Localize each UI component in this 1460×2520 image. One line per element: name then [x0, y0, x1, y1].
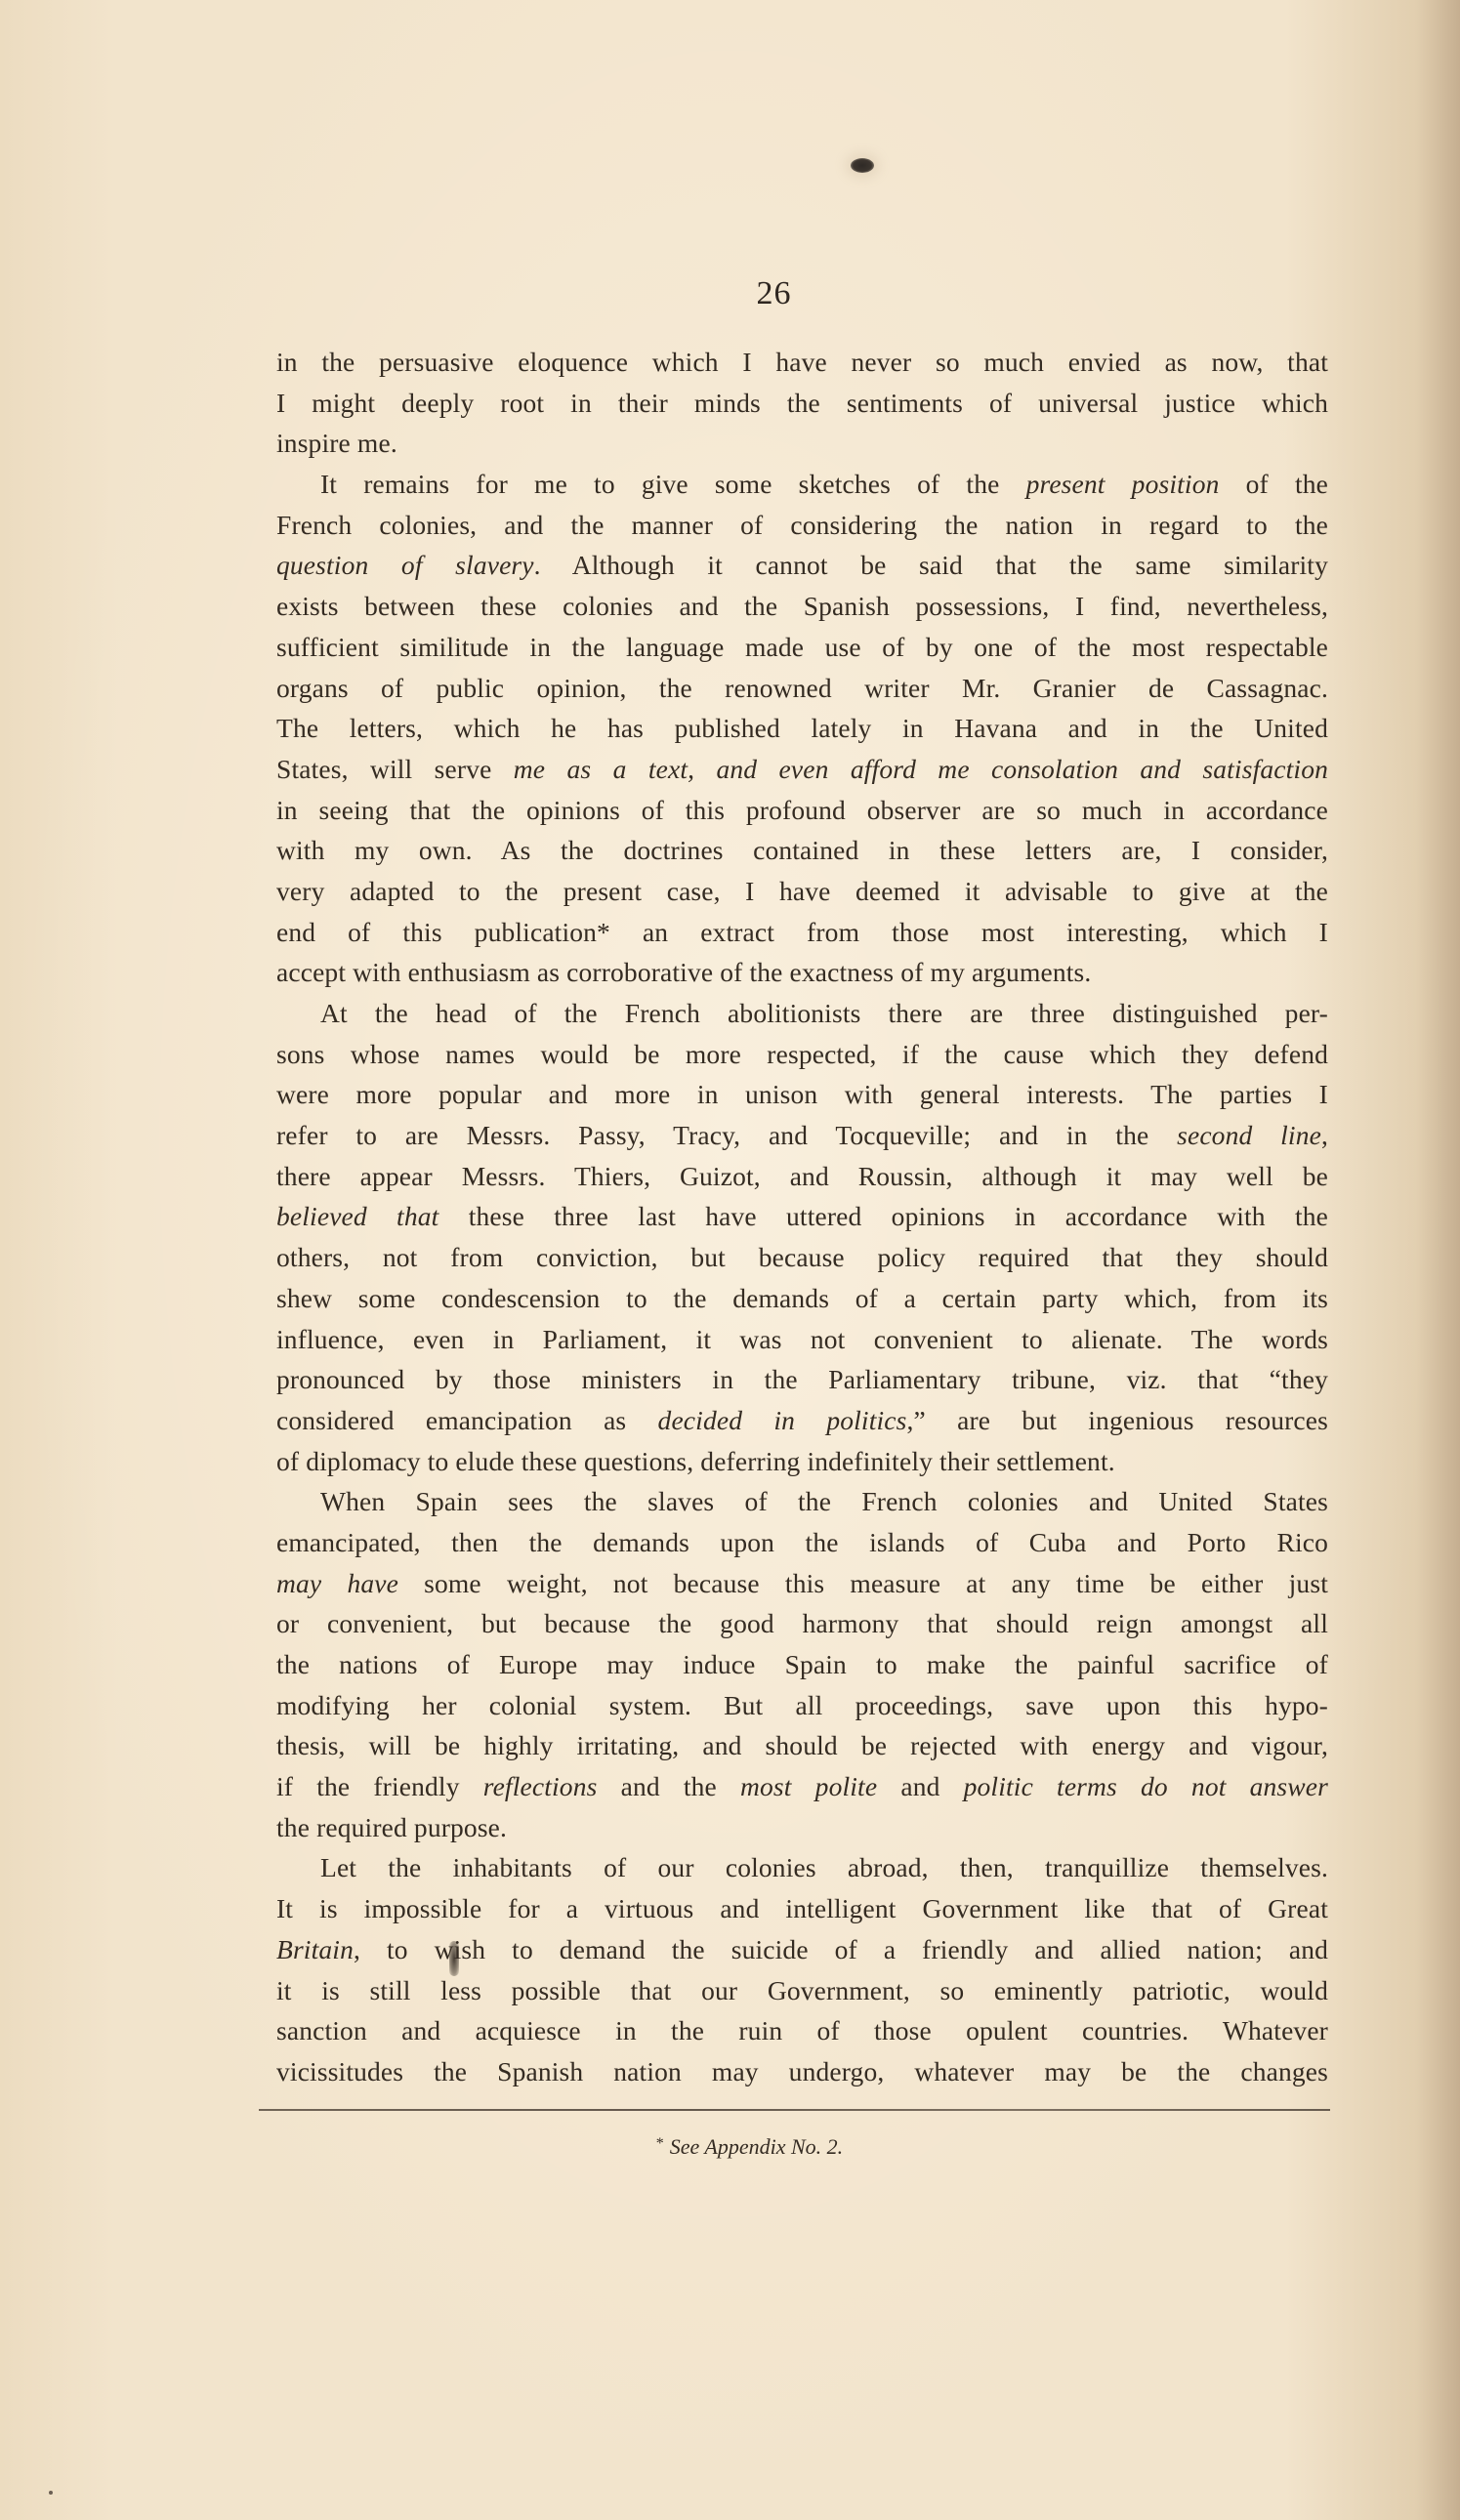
text-line: French colonies, and the manner of consi… [276, 505, 1328, 546]
text-line: vicissitudes the Spanish nation may unde… [276, 2051, 1328, 2092]
text-line-content: exists between these colonies and the Sp… [276, 586, 1328, 627]
text-line: exists between these colonies and the Sp… [276, 586, 1328, 627]
text-line-content: in seeing that the opinions of this prof… [276, 790, 1328, 831]
text-line: I might deeply root in their minds the s… [276, 383, 1328, 424]
text-line: sufficient similitude in the language ma… [276, 627, 1328, 668]
text-line: inspire me. [276, 423, 1328, 464]
text-line-content: there appear Messrs. Thiers, Guizot, and… [276, 1156, 1328, 1197]
text-line-content: pronounced by those ministers in the Par… [276, 1359, 1328, 1400]
text-line-content: It is impossible for a virtuous and inte… [276, 1888, 1328, 1929]
footnote: *See Appendix No. 2. [0, 2134, 1460, 2160]
text-line-content: sanction and acquiesce in the ruin of th… [276, 2010, 1328, 2051]
text-line-content: At the head of the French abolitionists … [320, 993, 1328, 1034]
text-line: others, not from conviction, but because… [276, 1237, 1328, 1278]
text-line-content: shew some condescension to the demands o… [276, 1278, 1328, 1319]
text-line: thesis, will be highly irritating, and s… [276, 1725, 1328, 1766]
text-line: The letters, which he has published late… [276, 708, 1328, 749]
text-line: the required purpose. [276, 1807, 1328, 1848]
body-text: in the persuasive eloquence which I have… [276, 342, 1328, 2092]
text-line: in the persuasive eloquence which I have… [276, 342, 1328, 383]
text-line: if the friendly reflections and the most… [276, 1766, 1328, 1807]
text-line: accept with enthusiasm as corroborative … [276, 952, 1328, 993]
text-line-content: others, not from conviction, but because… [276, 1237, 1328, 1278]
text-line: sons whose names would be more respected… [276, 1034, 1328, 1075]
text-line-content: if the friendly reflections and the most… [276, 1766, 1328, 1807]
text-line-content: end of this publication* an extract from… [276, 912, 1328, 953]
text-line-content: considered emancipation as decided in po… [276, 1400, 1328, 1441]
text-line: believed that these three last have utte… [276, 1196, 1328, 1237]
text-line: shew some condescension to the demands o… [276, 1278, 1328, 1319]
text-line-content: influence, even in Parliament, it was no… [276, 1319, 1328, 1360]
text-line-content: It remains for me to give some sketches … [320, 464, 1328, 505]
text-line-content: in the persuasive eloquence which I have… [276, 342, 1328, 383]
speck-blemish [49, 2491, 53, 2495]
text-line-content: I might deeply root in their minds the s… [276, 383, 1328, 424]
text-line: the nations of Europe may induce Spain t… [276, 1644, 1328, 1685]
text-line: very adapted to the present case, I have… [276, 871, 1328, 912]
text-line: with my own. As the doctrines contained … [276, 830, 1328, 871]
page-number: 26 [0, 275, 1460, 312]
text-line-content: the required purpose. [276, 1807, 1328, 1848]
text-line-content: with my own. As the doctrines contained … [276, 830, 1328, 871]
footnote-marker: * [656, 2135, 664, 2152]
text-line: It is impossible for a virtuous and inte… [276, 1888, 1328, 1929]
text-line-content: accept with enthusiasm as corroborative … [276, 952, 1328, 993]
footnote-text: See Appendix No. 2. [670, 2134, 843, 2159]
text-line-content: very adapted to the present case, I have… [276, 871, 1328, 912]
text-line-content: of diplomacy to elude these questions, d… [276, 1441, 1328, 1482]
text-line: Let the inhabitants of our colonies abro… [276, 1847, 1328, 1888]
text-line: refer to are Messrs. Passy, Tracy, and T… [276, 1115, 1328, 1156]
text-line: considered emancipation as decided in po… [276, 1400, 1328, 1441]
text-line: organs of public opinion, the renowned w… [276, 668, 1328, 709]
text-line: At the head of the French abolitionists … [276, 993, 1328, 1034]
text-line: Britain, to wish to demand the suicide o… [276, 1929, 1328, 1970]
text-line-content: modifying her colonial system. But all p… [276, 1685, 1328, 1726]
text-line: end of this publication* an extract from… [276, 912, 1328, 953]
text-line-content: French colonies, and the manner of consi… [276, 505, 1328, 546]
text-line-content: organs of public opinion, the renowned w… [276, 668, 1328, 709]
text-line-content: The letters, which he has published late… [276, 708, 1328, 749]
text-line: or convenient, but because the good harm… [276, 1603, 1328, 1644]
text-line: it is still less possible that our Gover… [276, 1970, 1328, 2011]
text-line-content: vicissitudes the Spanish nation may unde… [276, 2051, 1328, 2092]
text-line-content: inspire me. [276, 423, 1328, 464]
text-line: sanction and acquiesce in the ruin of th… [276, 2010, 1328, 2051]
text-line-content: States, will serve me as a text, and eve… [276, 749, 1328, 790]
text-line: there appear Messrs. Thiers, Guizot, and… [276, 1156, 1328, 1197]
text-line-content: When Spain sees the slaves of the French… [320, 1481, 1328, 1522]
text-line-content: Let the inhabitants of our colonies abro… [320, 1847, 1328, 1888]
text-line-content: or convenient, but because the good harm… [276, 1603, 1328, 1644]
text-line-content: refer to are Messrs. Passy, Tracy, and T… [276, 1115, 1328, 1156]
text-line-content: emancipated, then the demands upon the i… [276, 1522, 1328, 1563]
text-line: influence, even in Parliament, it was no… [276, 1319, 1328, 1360]
text-line-content: Britain, to wish to demand the suicide o… [276, 1929, 1328, 1970]
text-line-content: believed that these three last have utte… [276, 1196, 1328, 1237]
text-line: modifying her colonial system. But all p… [276, 1685, 1328, 1726]
text-line-content: it is still less possible that our Gover… [276, 1970, 1328, 2011]
text-line: When Spain sees the slaves of the French… [276, 1481, 1328, 1522]
text-line-content: were more popular and more in unison wit… [276, 1074, 1328, 1115]
text-line: emancipated, then the demands upon the i… [276, 1522, 1328, 1563]
text-line: in seeing that the opinions of this prof… [276, 790, 1328, 831]
text-line-content: sufficient similitude in the language ma… [276, 627, 1328, 668]
text-line: pronounced by those ministers in the Par… [276, 1359, 1328, 1400]
text-line: may have some weight, not because this m… [276, 1563, 1328, 1604]
text-line-content: may have some weight, not because this m… [276, 1563, 1328, 1604]
text-line-content: thesis, will be highly irritating, and s… [276, 1725, 1328, 1766]
scanned-page: 26 in the persuasive eloquence which I h… [0, 0, 1460, 2520]
text-line: It remains for me to give some sketches … [276, 464, 1328, 505]
footnote-divider [259, 2109, 1330, 2111]
text-line: were more popular and more in unison wit… [276, 1074, 1328, 1115]
text-line: of diplomacy to elude these questions, d… [276, 1441, 1328, 1482]
ink-spot-blemish [851, 158, 874, 173]
text-line: question of slavery. Although it cannot … [276, 545, 1328, 586]
text-line-content: the nations of Europe may induce Spain t… [276, 1644, 1328, 1685]
text-line: States, will serve me as a text, and eve… [276, 749, 1328, 790]
text-line-content: sons whose names would be more respected… [276, 1034, 1328, 1075]
text-line-content: question of slavery. Although it cannot … [276, 545, 1328, 586]
